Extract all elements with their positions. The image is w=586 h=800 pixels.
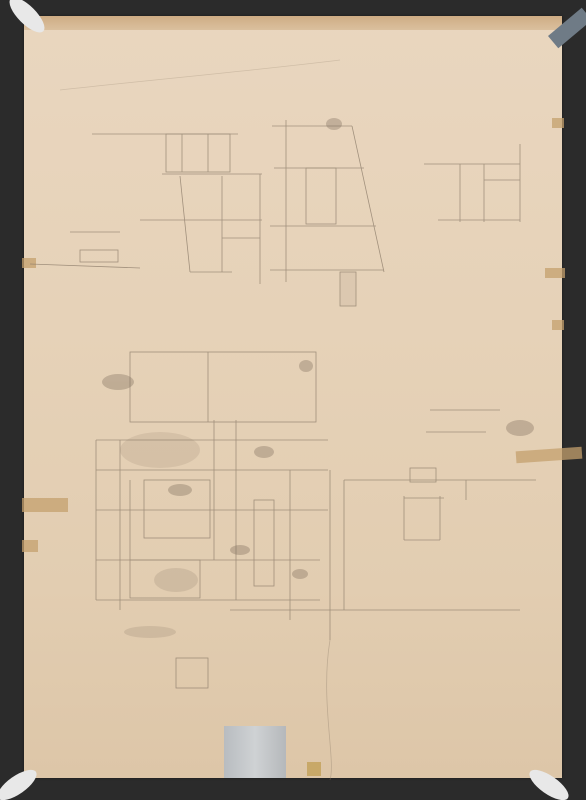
pencil-sketch — [0, 0, 586, 800]
